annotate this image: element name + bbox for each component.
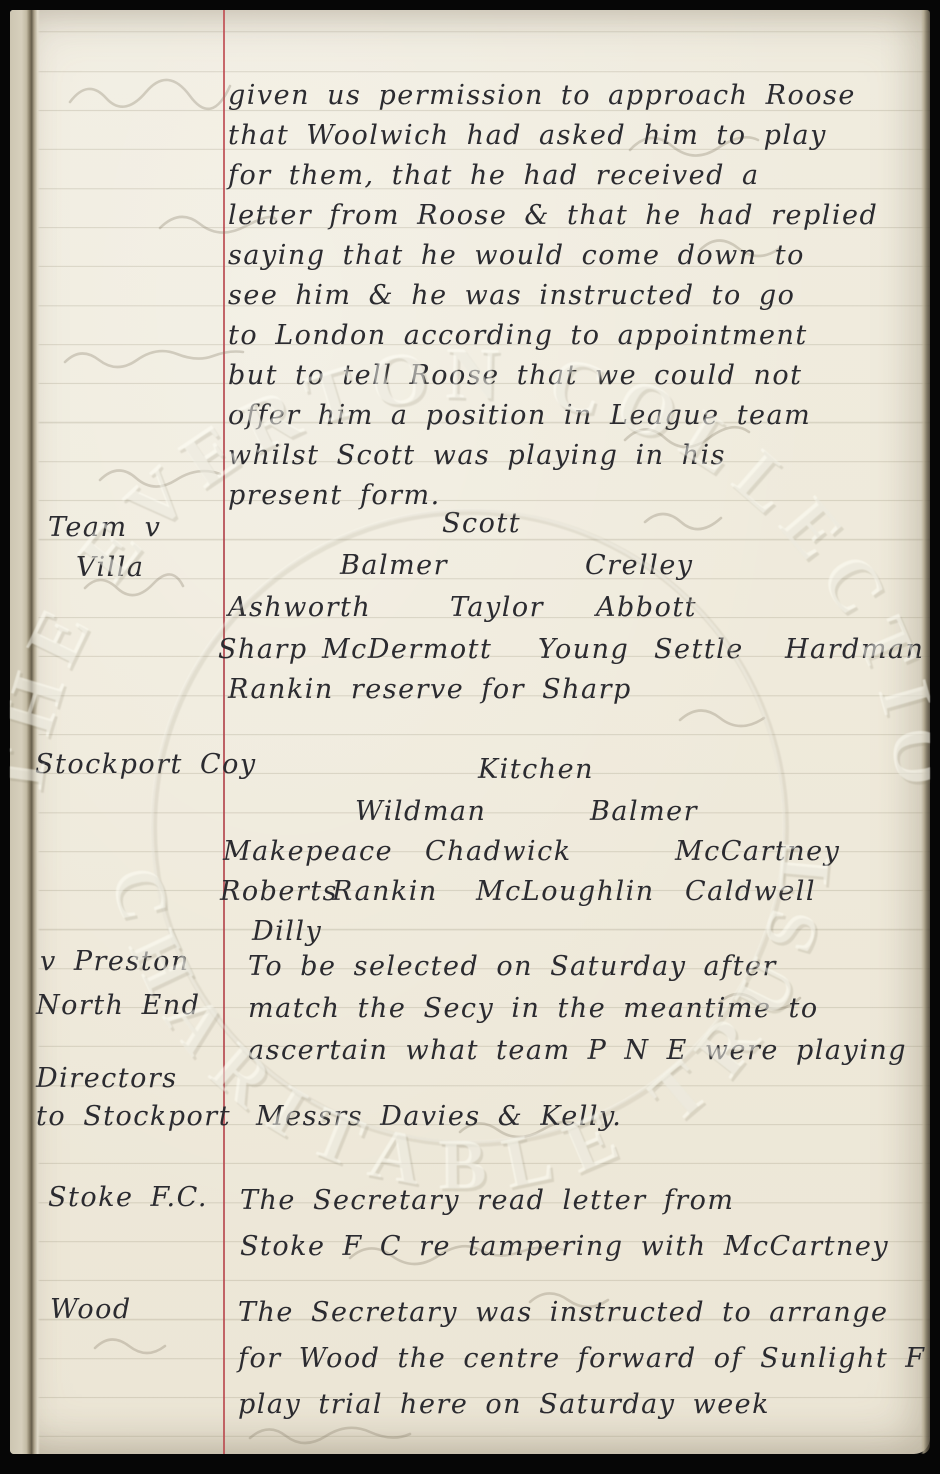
player-name: Hardman <box>785 634 924 665</box>
paragraph: given us permission to approach Roosetha… <box>228 76 878 516</box>
minute-book-page: given us permission to approach Roosetha… <box>10 10 930 1454</box>
handwriting-line: whilst Scott was playing in his <box>228 436 878 476</box>
player-name: Roberts <box>220 876 338 907</box>
handwriting-line: for them, that he had received a <box>228 156 878 196</box>
margin-note-line: Team v <box>48 508 161 548</box>
player-name: Dilly <box>252 916 322 947</box>
paragraph: The Secretary read letter fromStoke F C … <box>240 1178 889 1270</box>
handwriting-line: saying that he would come down to <box>228 236 878 276</box>
margin-note: v PrestonNorth End <box>40 940 201 1028</box>
handwriting-line: Stoke F C re tampering with McCartney <box>240 1224 889 1270</box>
player-name: Settle <box>654 634 744 665</box>
handwriting-line: The Secretary read letter from <box>240 1178 889 1224</box>
handwriting-line: but to tell Roose that we could not <box>228 356 878 396</box>
handwriting-line: given us permission to approach Roose <box>228 76 878 116</box>
player-name: Chadwick <box>425 836 572 867</box>
handwriting-line: To be selected on Saturday after <box>248 946 907 988</box>
margin-note: Wood <box>50 1290 132 1330</box>
player-name: Young <box>538 634 629 665</box>
player-name: Kitchen <box>478 754 594 785</box>
handwriting-line: match the Secy in the meantime to <box>248 988 907 1030</box>
handwriting-line: play trial here on Saturday week <box>238 1382 940 1428</box>
player-name: Caldwell <box>685 876 816 907</box>
handwriting-line: offer him a position in League team <box>228 396 878 436</box>
margin-note: Stockport Coy <box>35 745 257 785</box>
player-name: McCartney <box>675 836 840 867</box>
player-name: Balmer <box>590 796 698 827</box>
handwriting-line: for Wood the centre forward of Sunlight … <box>238 1336 940 1382</box>
handwriting-line: to London according to appointment <box>228 316 878 356</box>
player-name: Rankin reserve for Sharp <box>228 674 632 705</box>
handwriting-line: Messrs Davies & Kelly. <box>256 1096 622 1138</box>
margin-note-line: Stoke F.C. <box>48 1178 208 1218</box>
margin-note-line: to Stockport <box>36 1098 231 1136</box>
paragraph: The Secretary was instructed to arrangef… <box>238 1290 940 1428</box>
player-name: McDermott <box>322 634 492 665</box>
handwriting-line: The Secretary was instructed to arrange <box>238 1290 940 1336</box>
margin-note-line: Stockport Coy <box>35 745 257 785</box>
margin-note: Team vVilla <box>48 508 161 588</box>
handwriting-line: that Woolwich had asked him to play <box>228 116 878 156</box>
margin-note-line: Wood <box>50 1290 132 1330</box>
player-name: Rankin <box>332 876 438 907</box>
player-name: Scott <box>442 508 521 539</box>
handwriting-line: ascertain what team P N E were playing <box>248 1030 907 1072</box>
player-name: Ashworth <box>228 592 371 623</box>
player-name: McLoughlin <box>476 876 655 907</box>
margin-note-line: Villa <box>76 548 161 588</box>
handwriting-line: letter from Roose & that he had replied <box>228 196 878 236</box>
paragraph: To be selected on Saturday aftermatch th… <box>248 946 907 1072</box>
player-name: Balmer <box>340 550 448 581</box>
margin-note-line: North End <box>36 984 201 1028</box>
player-name: Crelley <box>585 550 694 581</box>
page-content: given us permission to approach Roosetha… <box>10 10 930 1454</box>
margin-note-line: v Preston <box>40 940 201 984</box>
paragraph: Messrs Davies & Kelly. <box>256 1096 622 1138</box>
player-name: Sharp <box>218 634 308 665</box>
player-name: Abbott <box>596 592 697 623</box>
handwriting-line: see him & he was instructed to go <box>228 276 878 316</box>
margin-note-line: Directors <box>36 1060 231 1098</box>
margin-note: Directorsto Stockport <box>36 1060 231 1136</box>
player-name: Makepeace <box>223 836 393 867</box>
handwriting-line: present form. <box>228 476 878 516</box>
player-name: Taylor <box>450 592 544 623</box>
margin-note: Stoke F.C. <box>48 1178 208 1218</box>
player-name: Wildman <box>355 796 486 827</box>
scanned-page-photo: given us permission to approach Roosetha… <box>0 0 940 1474</box>
